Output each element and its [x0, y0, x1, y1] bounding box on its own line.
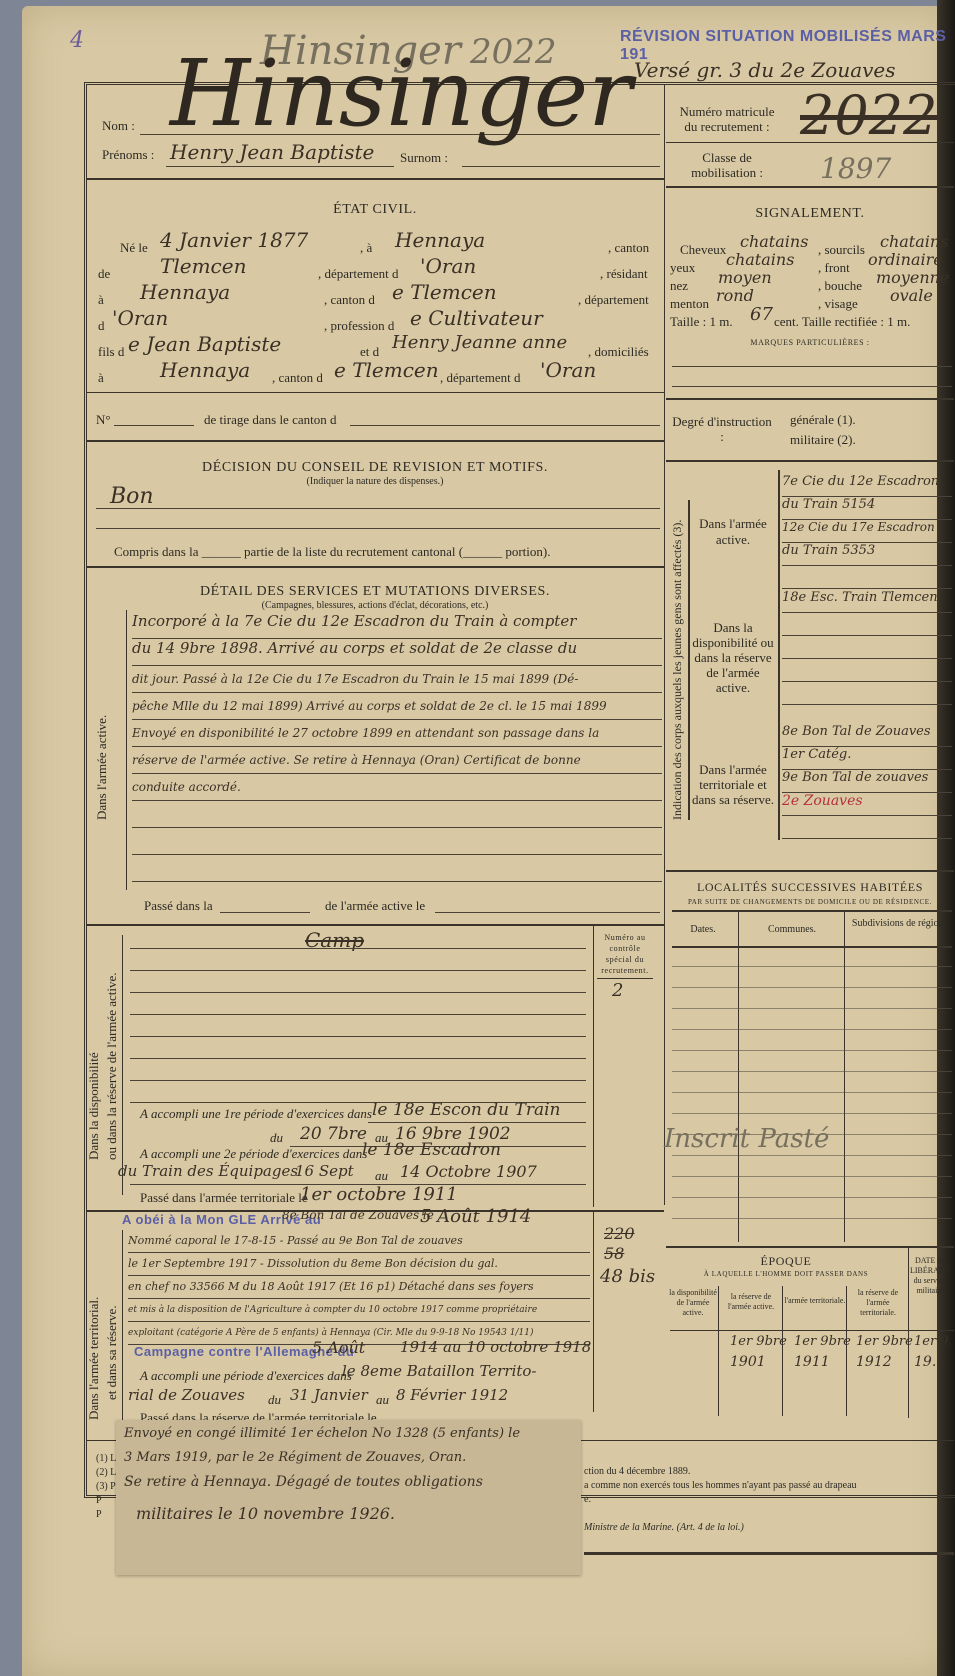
- col-divider: [718, 1286, 719, 1416]
- footnote-marker: (3) P: [96, 1480, 116, 1494]
- nom-label: Nom :: [102, 118, 135, 134]
- passe-line: [220, 912, 310, 913]
- territoriale-line: le 1er Septembre 1917 - Dissolution du 8…: [128, 1253, 590, 1276]
- blank-line: [130, 1058, 586, 1059]
- services-lines: Incorporé à la 7e Cie du 12e Escadron du…: [132, 612, 662, 882]
- dispo-side-label-1: Dans la disponibilité: [86, 1052, 102, 1160]
- services-side-label: Dans l'armée active.: [94, 715, 110, 820]
- divider: [666, 870, 954, 872]
- footnote-marker: P: [96, 1508, 116, 1522]
- mere-value: Henry Jeanne anne: [392, 332, 567, 353]
- note-line: Se retire à Hennaya. Dégagé de toutes ob…: [124, 1474, 483, 1490]
- corps-territoriale-lines: 8e Bon Tal de Zouaves 1er Catég. 9e Bon …: [782, 724, 952, 839]
- tirage-canton-line: [350, 425, 660, 426]
- a-label: à: [98, 370, 104, 386]
- blank-line: [782, 816, 952, 839]
- periode1-du-label: du: [270, 1130, 283, 1146]
- epoque-subtitle: À LAQUELLE L'HOMME DOIT PASSER DANS: [666, 1270, 906, 1278]
- residence-value: Hennaya: [140, 280, 230, 304]
- profession-label: , profession d: [324, 318, 394, 334]
- territoriale-date: 1er octobre 1911: [300, 1184, 458, 1205]
- decision-subtitle: (Indiquer la nature des dispenses.): [86, 476, 664, 487]
- departement-value: 'Oran: [540, 358, 596, 382]
- domicilies-label: , domiciliés: [588, 344, 649, 360]
- divider: [86, 440, 664, 442]
- marques-line: [672, 386, 952, 387]
- territoriale-line: et mis à la disposition de l'Agriculture…: [128, 1299, 590, 1322]
- corps-disponibilite-label: Dans la disponibilité ou dans la réserve…: [690, 620, 776, 695]
- yeux-label: yeux: [670, 260, 695, 276]
- marques-line: [672, 366, 952, 367]
- campagne-du: 5 Août: [312, 1338, 365, 1357]
- corps-side-label: Indication des corps auxquels les jeunes…: [670, 520, 685, 820]
- blank-line: [130, 1014, 586, 1015]
- militaire-label: militaire (2).: [790, 432, 856, 448]
- service-line: conduite accordé.: [132, 774, 662, 801]
- corps-active-label: Dans l'armée active.: [690, 516, 776, 548]
- blank-line: [782, 636, 952, 659]
- territoriale-lines: Nommé caporal le 17-8-15 - Passé au 9e B…: [128, 1230, 590, 1345]
- decision-line: [96, 528, 660, 529]
- epoque-value: 1911: [794, 1354, 830, 1370]
- prenoms-value: Henry Jean Baptiste: [170, 140, 374, 164]
- periode1-label: A accompli une 1re période d'exercices d…: [140, 1106, 372, 1122]
- taille-suffix: cent. Taille rectifiée : 1 m.: [774, 314, 910, 330]
- periode-du-label: du: [268, 1392, 281, 1408]
- decision-value: Bon: [110, 484, 154, 509]
- stamp-note: Versé gr. 3 du 2e Zouaves: [634, 58, 896, 82]
- blank-line: [782, 682, 952, 705]
- epoque-value: 1901: [730, 1354, 766, 1370]
- col-divider: [908, 1248, 909, 1418]
- surnom-line: [462, 166, 660, 167]
- footnote-marker: P: [96, 1494, 116, 1508]
- numero-58: 58: [604, 1244, 624, 1263]
- periode-unit: le 8eme Bataillon Territo-: [342, 1362, 537, 1380]
- epoque-title: ÉPOQUE: [666, 1254, 906, 1269]
- corps-value-brace: [778, 470, 780, 840]
- corps-line: 2e Zouaves: [782, 793, 952, 816]
- blank-line: [130, 948, 586, 949]
- corps-line: du Train 5353: [782, 543, 952, 566]
- blank-line: [782, 659, 952, 682]
- territoriale-side-label-1: Dans l'armée territorial.: [86, 1297, 102, 1420]
- territoriale-brace: [122, 1230, 123, 1430]
- matricule-value: 2022: [800, 84, 937, 147]
- nez-label: nez: [670, 278, 688, 294]
- corps-line: 18e Esc. Train Tlemcen: [782, 590, 952, 613]
- canton-value: e Tlemcen: [392, 280, 497, 304]
- attached-note: Envoyé en congé illimité 1er échelon No …: [116, 1420, 581, 1575]
- epoque-col-2: la réserve de l'armée active.: [720, 1292, 782, 1312]
- divider: [584, 1552, 954, 1555]
- numero-divider: [593, 925, 594, 1207]
- blank-line: [782, 613, 952, 636]
- bouche-label: , bouche: [818, 278, 862, 294]
- nez-value: moyen: [718, 268, 772, 287]
- periode-au-label: au: [376, 1392, 389, 1408]
- divider: [666, 398, 954, 400]
- localites-subtitle: PAR SUITE DE CHANGEMENTS DE DOMICILE OU …: [666, 898, 954, 906]
- column-divider: [664, 85, 665, 1205]
- periode2-label: A accompli une 2e période d'exercices da…: [140, 1146, 367, 1162]
- divider: [86, 566, 664, 568]
- territoriale-line: en chef no 33566 M du 18 Août 1917 (Et 1…: [128, 1276, 590, 1299]
- blank-line: [130, 1080, 586, 1081]
- service-line: Incorporé à la 7e Cie du 12e Escadron du…: [132, 612, 662, 639]
- corner-mark: 4: [70, 28, 84, 53]
- periode2-unit: le 18e Escadron: [362, 1140, 501, 1160]
- prenoms-label: Prénoms :: [102, 147, 154, 163]
- numero-divider: [593, 1212, 594, 1412]
- ne-le-value: 4 Janvier 1877: [160, 228, 308, 252]
- divider: [666, 1246, 954, 1248]
- epoque-value: 19..: [914, 1354, 950, 1370]
- departement-value: 'Oran: [112, 306, 168, 330]
- a-label: , à: [360, 240, 372, 256]
- sourcils-value: chatains: [880, 232, 948, 251]
- menton-value: rond: [716, 286, 754, 305]
- pere-value: e Jean Baptiste: [128, 332, 281, 356]
- localites-pencil-note: Inscrit Pasté: [664, 1124, 829, 1154]
- departement-value: 'Oran: [420, 254, 476, 278]
- epoque-value: 1er 9bre: [794, 1334, 851, 1349]
- epoque-col-5: DATE de LIBÉRATION du service militaire: [910, 1256, 950, 1296]
- field-line: [368, 1122, 586, 1123]
- localites-rows: [672, 946, 952, 1236]
- service-line: du 14 9bre 1898. Arrivé au corps et sold…: [132, 639, 662, 666]
- campagne-au: 1914 au 10 octobre 1918: [400, 1338, 591, 1356]
- nom-value: Hinsinger: [170, 40, 632, 147]
- generale-label: générale (1).: [790, 412, 856, 428]
- ne-le-label: Né le: [120, 240, 148, 256]
- corps-line: 8e Bon Tal de Zouaves: [782, 724, 952, 747]
- blank-line: [132, 801, 662, 828]
- mobilisation-unit: 8e Bon Tal de Zouaves le: [282, 1208, 434, 1222]
- footnote-line-3: é.: [584, 1494, 591, 1505]
- front-value: ordinaire: [868, 250, 943, 269]
- numero-value: 2: [612, 980, 623, 1001]
- classe-value: 1897: [820, 152, 891, 185]
- mobilisation-date: 5 Août 1914: [420, 1206, 531, 1227]
- divider: [597, 978, 653, 979]
- surnom-label: Surnom :: [400, 150, 448, 166]
- blank-line: [132, 828, 662, 855]
- canton-value: Tlemcen: [160, 254, 246, 278]
- periode-label: A accompli une période d'exercices dans: [140, 1368, 352, 1384]
- tirage-no-label: N°: [96, 412, 111, 428]
- taille-value: 67: [750, 304, 773, 325]
- taille-label: Taille : 1 m.: [670, 314, 733, 330]
- blank-line: [132, 855, 662, 882]
- decision-title: DÉCISION DU CONSEIL DE REVISION ET MOTIF…: [86, 460, 664, 476]
- blank-line: [782, 566, 952, 589]
- signalement-title: SIGNALEMENT.: [666, 206, 954, 222]
- epoque-value: 1er 9bre: [730, 1334, 787, 1349]
- visage-label: , visage: [818, 296, 858, 312]
- services-title: DÉTAIL DES SERVICES ET MUTATIONS DIVERSE…: [86, 584, 664, 600]
- domicile-value: Hennaya: [160, 358, 250, 382]
- services-brace: [126, 610, 127, 890]
- numero-48bis: 48 bis: [600, 1266, 655, 1287]
- front-label: , front: [818, 260, 850, 276]
- divider: [86, 924, 664, 926]
- de-label: de: [98, 266, 110, 282]
- corps-line: 1er Catég.: [782, 747, 952, 770]
- localites-title: LOCALITÉS SUCCESSIVES HABITÉES: [666, 880, 954, 895]
- numero-220: 220: [604, 1224, 635, 1243]
- tirage-no-line: [114, 425, 194, 426]
- periode1-du: 20 7bre: [300, 1124, 367, 1144]
- footnote-line-2: a comme non exercés tous les hommes n'ay…: [584, 1480, 857, 1491]
- divider: [666, 460, 954, 462]
- bouche-value: moyenne: [876, 268, 949, 287]
- epoque-value: 1912: [856, 1354, 892, 1370]
- territoriale-label: Passé dans l'armée territoriale le: [140, 1190, 308, 1206]
- degre-label: Degré d'instruction :: [672, 414, 772, 444]
- canton-label: , canton d: [324, 292, 375, 308]
- territoriale-side-label-2: et dans sa réserve.: [104, 1305, 120, 1400]
- classe-label: Classe de mobilisation :: [672, 150, 782, 180]
- marques-label: MARQUES PARTICULIÈRES :: [666, 338, 954, 347]
- visage-value: ovale: [890, 286, 933, 305]
- departement-label: , département d: [318, 266, 399, 282]
- tirage-label: de tirage dans le canton d: [204, 412, 336, 428]
- passe-suffix: de l'armée active le: [325, 898, 425, 914]
- periode2-au-label: au: [375, 1168, 388, 1184]
- d-label: d: [98, 318, 105, 334]
- etat-civil-title: ÉTAT CIVIL.: [86, 202, 664, 218]
- footnote-markers: (1) L (2) L (3) P P P: [96, 1452, 116, 1522]
- divider: [670, 1330, 954, 1331]
- yeux-value: chatains: [726, 250, 794, 269]
- numero-label: Numéro au contrôle spécial du recrutemen…: [596, 932, 654, 976]
- footnote-marker: (1) L: [96, 1452, 116, 1466]
- localites-col-subdivisions: Subdivisions de région.: [846, 918, 952, 930]
- canton-label: , canton d: [272, 370, 323, 386]
- note-line: militaires le 10 novembre 1926.: [136, 1504, 395, 1523]
- divider: [666, 142, 954, 143]
- fils-label: fils d: [98, 344, 124, 360]
- periode-du: 31 Janvier: [290, 1386, 368, 1404]
- note-line: 3 Mars 1919, par le 2e Régiment de Zouav…: [124, 1450, 466, 1465]
- localites-col-communes: Communes.: [740, 924, 844, 935]
- sourcils-label: , sourcils: [818, 242, 865, 258]
- a-label: à: [98, 292, 104, 308]
- periode2-au: 14 Octobre 1907: [400, 1162, 537, 1181]
- periode-unit-cont: rial de Zouaves: [128, 1386, 245, 1404]
- departement-label: , département: [578, 292, 649, 308]
- corps-territoriale-label: Dans l'armée territoriale et dans sa rés…: [690, 762, 776, 807]
- blank-line: [130, 992, 586, 993]
- epoque-col-1: la disponibilité de l'armée active.: [668, 1288, 718, 1318]
- prenoms-line: [166, 166, 394, 167]
- col-divider: [846, 1286, 847, 1416]
- note-line: Envoyé en congé illimité 1er échelon No …: [124, 1426, 520, 1441]
- passe-label: Passé dans la: [144, 898, 213, 914]
- cheveux-value: chatains: [740, 232, 808, 251]
- corps-line: 7e Cie du 12e Escadron: [782, 474, 952, 497]
- footnote-marker: (2) L: [96, 1466, 116, 1480]
- corps-line: du Train 5154: [782, 497, 952, 520]
- periode2-du: 16 Sept: [295, 1162, 354, 1180]
- service-line: pêche Mlle du 12 mai 1899) Arrivé au cor…: [132, 693, 662, 720]
- corps-line: 12e Cie du 17e Escadron: [782, 520, 952, 543]
- service-line: dit jour. Passé à la 12e Cie du 17e Esca…: [132, 666, 662, 693]
- compris-label: Compris dans la ______ partie de la list…: [114, 544, 550, 560]
- footnote-line-1: ction du 4 décembre 1889.: [584, 1466, 690, 1477]
- decision-line: [96, 508, 660, 509]
- cheveux-label: Cheveux: [680, 242, 726, 258]
- menton-label: menton: [670, 296, 709, 312]
- epoque-col-4: la réserve de l'armée territoriale.: [848, 1288, 908, 1318]
- epoque-col-3: l'armée territoriale.: [784, 1296, 846, 1306]
- territoriale-line: Nommé caporal le 17-8-15 - Passé au 9e B…: [128, 1230, 590, 1253]
- residant-label: , résidant: [600, 266, 648, 282]
- service-line: Envoyé en disponibilité le 27 octobre 18…: [132, 720, 662, 747]
- canton-label: , canton: [608, 240, 649, 256]
- divider: [86, 178, 664, 180]
- footnote-line-4: Ministre de la Marine. (Art. 4 de la loi…: [584, 1522, 744, 1533]
- col-divider: [782, 1286, 783, 1416]
- passe-date-line: [435, 912, 660, 913]
- periode1-unit: le 18e Escon du Train: [372, 1100, 560, 1120]
- corps-line: 9e Bon Tal de zouaves: [782, 770, 952, 793]
- corps-active-lines: 7e Cie du 12e Escadron du Train 5154 12e…: [782, 474, 952, 589]
- services-subtitle: (Campagnes, blessures, actions d'éclat, …: [86, 600, 664, 611]
- epoque-value: 1er 9bre: [914, 1334, 950, 1349]
- matricule-label: Numéro matricule du recrutement :: [672, 104, 782, 134]
- dispo-brace: [122, 935, 123, 1195]
- localites-col-dates: Dates.: [668, 924, 738, 935]
- divider: [666, 186, 954, 188]
- epoque-value: 1er 9bre: [856, 1334, 913, 1349]
- periode2-unit-cont: du Train des Équipages: [118, 1162, 298, 1180]
- corps-disponibilite-lines: 18e Esc. Train Tlemcen: [782, 590, 952, 705]
- profession-value: e Cultivateur: [410, 306, 543, 330]
- lieu-naissance-value: Hennaya: [395, 228, 485, 252]
- blank-line: [130, 1036, 586, 1037]
- periode-au: 8 Février 1912: [396, 1386, 508, 1404]
- dispo-side-label-2: ou dans la réserve de l'armée active.: [104, 973, 120, 1161]
- canton-value: e Tlemcen: [334, 358, 439, 382]
- divider: [672, 910, 952, 912]
- blank-line: [130, 970, 586, 971]
- departement-label: , département d: [440, 370, 521, 386]
- service-line: réserve de l'armée active. Se retire à H…: [132, 747, 662, 774]
- divider: [86, 392, 664, 393]
